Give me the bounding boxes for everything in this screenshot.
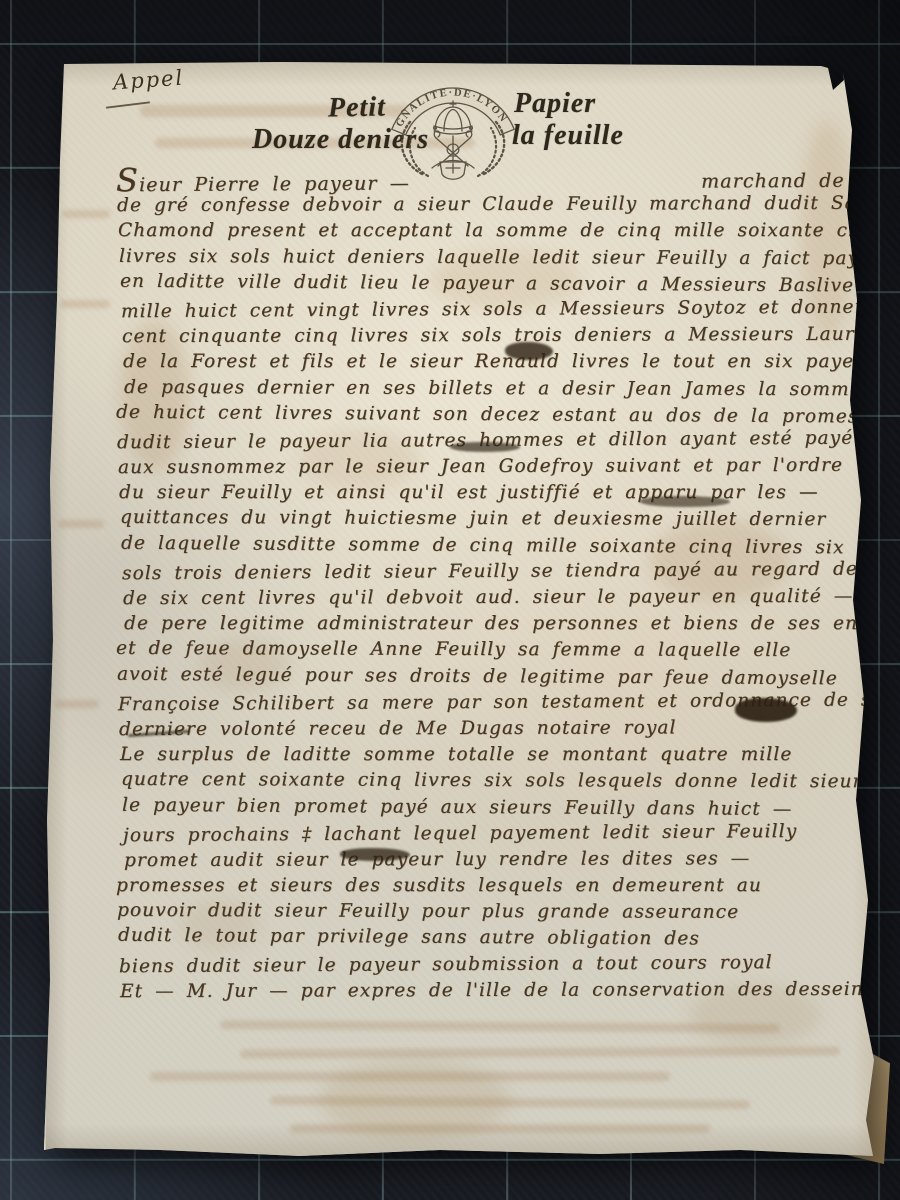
manuscript-line: de gré confesse debvoir a sieur Claude F… <box>117 193 832 221</box>
manuscript-line: le payeur bien promet payé aux sieurs Fe… <box>122 794 832 825</box>
manuscript-line: mille huict cent vingt livres six sols a… <box>121 297 832 328</box>
manuscript-line: de pere legitime administrateur des pers… <box>124 613 832 639</box>
manuscript-line: biens dudit sieur le payeur soubmission … <box>119 951 832 982</box>
manuscript-line: sols trois deniers ledit sieur Feuilly s… <box>122 559 832 590</box>
manuscript-line: quittances du vingt huictiesme juin et d… <box>120 507 832 535</box>
bleed-through-line <box>60 300 110 308</box>
photo-of-manuscript: { "photo": { "scene": "aged 17th-century… <box>0 0 900 1200</box>
print-la-feuille: la feuille <box>512 120 624 152</box>
manuscript-line: de six cent livres qu'il debvoit aud. si… <box>123 586 832 614</box>
manuscript-line: dudit sieur le payeur lia autres hommes … <box>117 428 832 459</box>
manuscript-line: cent cinquante cinq livres six sols troi… <box>122 324 832 352</box>
print-papier: Papier <box>514 88 596 120</box>
manuscript-line: quatre cent soixante cinq livres six sol… <box>121 769 832 797</box>
manuscript-line: livres six sols huict deniers laquelle l… <box>119 245 832 273</box>
stain-spot <box>320 1060 510 1140</box>
bleed-through-line <box>150 1072 670 1081</box>
manuscript-line: promesses et sieurs des susdits lesquels… <box>116 875 832 901</box>
paper-wrapper: Appel Petit Papier Douze deniers la feui… <box>0 0 900 1200</box>
manuscript-line: derniere volonté receu de Me Dugas notai… <box>119 717 832 745</box>
manuscript-line: dudit le tout par privilege sans autre o… <box>118 925 832 956</box>
manuscript-line: de la Forest et fils et le sieur Renauld… <box>123 351 832 377</box>
manuscript-line: de pasques dernier en ses billets et a d… <box>124 376 832 404</box>
manuscript-line: pouvoir dudit sieur Feuilly pour plus gr… <box>117 900 832 928</box>
manuscript-text: Sieur Pierre le payeur — marchand de Sai… <box>116 168 832 1006</box>
manuscript-sheet: Appel Petit Papier Douze deniers la feui… <box>40 60 885 1165</box>
manuscript-line: Le surplus de laditte somme totalle se m… <box>120 744 832 770</box>
manuscript-line: Sieur Pierre le payeur — marchand de Sai… <box>116 166 832 197</box>
annotation-appel: Appel <box>112 66 185 95</box>
manuscript-line: et de feue damoyselle Anne Feuilly sa fe… <box>116 638 832 666</box>
bleed-through-line <box>290 1124 710 1133</box>
manuscript-line: jours prochains ‡ lachant lequel payemen… <box>123 820 832 851</box>
manuscript-line: promet audit sieur le payeur luy rendre … <box>124 848 832 876</box>
bleed-through-line <box>62 210 110 218</box>
manuscript-line: Françoise Schilibert sa mere par son tes… <box>118 690 832 721</box>
manuscript-line: Et — M. Jur — par expres de l'ille de la… <box>120 979 832 1007</box>
bleed-through-line <box>58 520 104 528</box>
manuscript-line: avoit esté legué pour ses droits de legi… <box>117 663 832 694</box>
bleed-through-line <box>220 1020 780 1033</box>
manuscript-line: aux susnommez par le sieur Jean Godefroy… <box>118 455 832 483</box>
manuscript-line: du sieur Feuilly et ainsi qu'il est just… <box>119 482 832 508</box>
bleed-through-line <box>240 1046 840 1058</box>
manuscript-line: Chamond present et acceptant la somme de… <box>118 220 832 246</box>
annotation-flourish <box>106 101 150 108</box>
bleed-through-line <box>55 700 99 708</box>
bleed-through-line <box>270 1096 750 1109</box>
print-petit: Petit <box>328 91 386 124</box>
